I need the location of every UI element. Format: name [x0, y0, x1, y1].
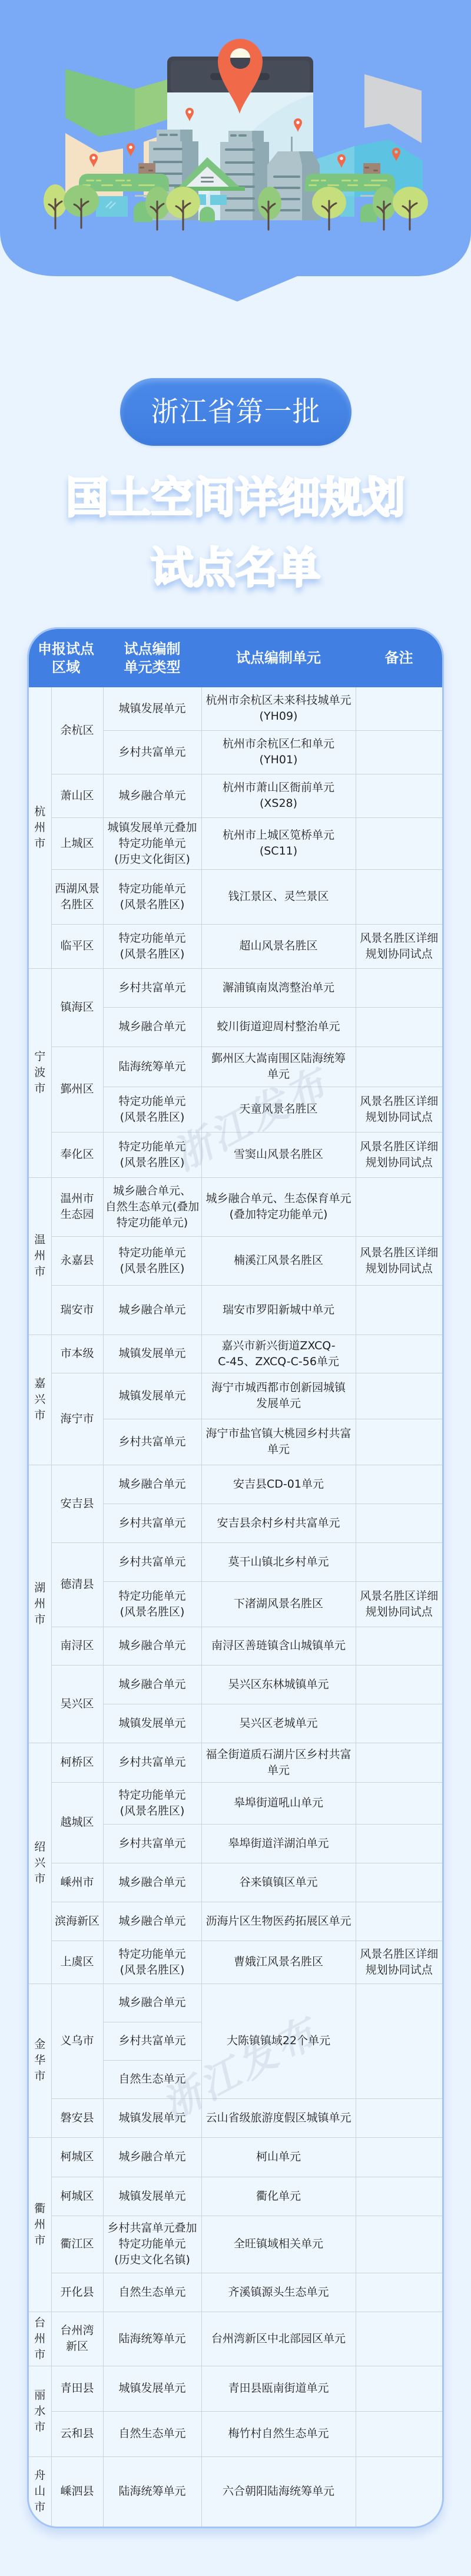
unit-type-cell: 乡村共富单元	[103, 2022, 201, 2060]
city-cell: 湖州市	[29, 1465, 51, 1743]
unit-type-cell: 自然生态单元	[103, 2411, 201, 2456]
table-row: 丽水市 青田县 城镇发展单元 青田县瓯南街道单元	[29, 2366, 442, 2411]
district-cell: 台州湾 新区	[51, 2312, 103, 2366]
unit-type-cell: 乡村共富单元	[103, 1824, 201, 1863]
note-cell	[356, 1465, 442, 1504]
table-row: 云和县 自然生态单元 梅竹村自然生态单元	[29, 2411, 442, 2456]
note-cell	[356, 817, 442, 869]
table-row: 柯城区 城镇发展单元 衢化单元	[29, 2177, 442, 2216]
district-cell: 安吉县	[51, 1465, 103, 1542]
unit-name-cell: 沥海片区生物医药拓展区单元	[201, 1902, 356, 1941]
header-unit: 试点编制单元	[201, 629, 356, 687]
unit-type-cell: 城乡融合单元	[103, 1627, 201, 1665]
unit-type-cell: 乡村共富单元	[103, 730, 201, 774]
table-row: 南浔区 城乡融合单元 南浔区善琏镇含山城镇单元	[29, 1627, 442, 1665]
district-cell: 南浔区	[51, 1627, 103, 1665]
unit-type-cell: 城乡融合单元	[103, 1465, 201, 1504]
table-row: 萧山区 城乡融合单元 杭州市萧山区衙前单元 (XS28)	[29, 774, 442, 817]
city-cell: 衢州市	[29, 2137, 51, 2312]
unit-type-cell: 城镇发展单元	[103, 2366, 201, 2411]
district-cell: 开化县	[51, 2273, 103, 2312]
page-title: 国土空间详细规划	[0, 473, 471, 522]
unit-name-cell: 台州湾新区中北部园区单元	[201, 2312, 356, 2366]
unit-type-cell: 城乡融合单元	[103, 1902, 201, 1941]
unit-name-cell: 谷来镇镇区单元	[201, 1863, 356, 1902]
unit-type-cell: 乡村共富单元	[103, 968, 201, 1007]
unit-name-cell: 超山风景名胜区	[201, 924, 356, 968]
unit-type-cell: 特定功能单元 (风景名胜区)	[103, 924, 201, 968]
unit-name-cell: 蛟川街道迎周村整治单元	[201, 1007, 356, 1047]
note-cell	[356, 1743, 442, 1782]
unit-name-cell: 莫干山镇北乡村单元	[201, 1542, 356, 1581]
note-cell: 风景名胜区详细 规划协同试点	[356, 1132, 442, 1177]
table-row: 嘉兴市 市本级 城镇发展单元 嘉兴市新兴街道ZXCQ- C-45、ZXCQ-C-…	[29, 1335, 442, 1373]
note-cell	[356, 2366, 442, 2411]
unit-type-cell: 乡村共富单元	[103, 1542, 201, 1581]
unit-name-cell: 福全街道质石湖片区乡村共富 单元	[201, 1743, 356, 1782]
banner-illustration	[0, 0, 471, 306]
district-cell: 萧山区	[51, 774, 103, 817]
note-cell	[356, 1419, 442, 1465]
district-cell: 吴兴区	[51, 1665, 103, 1743]
unit-type-cell: 城乡融合单元、 自然生态单元(叠加 特定功能单元)	[103, 1177, 201, 1236]
unit-type-cell: 城乡融合单元	[103, 774, 201, 817]
table-row: 西湖风景 名胜区 特定功能单元 (风景名胜区) 钱江景区、灵竺景区	[29, 869, 442, 924]
note-cell	[356, 687, 442, 730]
district-cell: 上城区	[51, 817, 103, 869]
pilot-list-table: 申报试点 区域 试点编制 单元类型 试点编制单元 备注 杭州市 余杭区 城镇发展…	[29, 629, 442, 2527]
unit-type-cell: 城镇发展单元	[103, 2177, 201, 2216]
note-cell	[356, 869, 442, 924]
note-cell	[356, 1373, 442, 1419]
unit-name-cell: 钱江景区、灵竺景区	[201, 869, 356, 924]
district-cell: 海宁市	[51, 1373, 103, 1465]
note-cell	[356, 2177, 442, 2216]
table-row: 金华市 义乌市 城乡融合单元 大陈镇镇域22个单元	[29, 1984, 442, 2022]
table-row: 开化县 自然生态单元 齐溪镇源头生态单元	[29, 2273, 442, 2312]
city-name: 丽水市	[34, 2388, 46, 2435]
note-cell	[356, 1335, 442, 1373]
unit-type-cell: 乡村共富单元	[103, 1743, 201, 1782]
table-row: 上城区 城镇发展单元叠加 特定功能单元 (历史文化街区) 杭州市上城区笕桥单元 …	[29, 817, 442, 869]
header-region: 申报试点 区域	[29, 629, 103, 687]
table-row: 嵊州市 城乡融合单元 谷来镇镇区单元	[29, 1863, 442, 1902]
unit-type-cell: 城镇发展单元	[103, 1373, 201, 1419]
table-row: 绍兴市 柯桥区 乡村共富单元 福全街道质石湖片区乡村共富 单元	[29, 1743, 442, 1782]
page-subtitle: 试点名单	[0, 543, 471, 592]
unit-type-cell: 乡村共富单元	[103, 1419, 201, 1465]
table-row: 德清县 乡村共富单元 莫干山镇北乡村单元	[29, 1542, 442, 1581]
city-cell: 嘉兴市	[29, 1335, 51, 1465]
header-unit-type: 试点编制 单元类型	[103, 629, 201, 687]
district-cell: 嵊州市	[51, 1863, 103, 1902]
table-row: 温州市 温州市 生态园 城乡融合单元、 自然生态单元(叠加 特定功能单元) 城乡…	[29, 1177, 442, 1236]
city-name: 嘉兴市	[34, 1376, 46, 1423]
unit-name-cell: 全旺镇域相关单元	[201, 2216, 356, 2273]
table-row: 越城区 特定功能单元 (风景名胜区) 皋埠街道吼山单元	[29, 1782, 442, 1824]
unit-type-cell: 城镇发展单元叠加 特定功能单元 (历史文化街区)	[103, 817, 201, 869]
city-name: 杭州市	[34, 804, 46, 852]
city-cell: 宁波市	[29, 968, 51, 1177]
note-cell	[356, 1504, 442, 1542]
note-cell	[356, 2312, 442, 2366]
note-cell	[356, 2098, 442, 2137]
unit-name-cell: 瑞安市罗阳新城中单元	[201, 1285, 356, 1335]
table-row: 宁波市 镇海区 乡村共富单元 澥浦镇南岚湾整治单元	[29, 968, 442, 1007]
unit-type-cell: 陆海统筹单元	[103, 2456, 201, 2527]
note-cell	[356, 2216, 442, 2273]
unit-name-cell: 杭州市余杭区仁和单元 (YH01)	[201, 730, 356, 774]
note-cell	[356, 1047, 442, 1087]
unit-name-cell: 青田县瓯南街道单元	[201, 2366, 356, 2411]
note-cell	[356, 730, 442, 774]
unit-type-cell: 特定功能单元 (风景名胜区)	[103, 1581, 201, 1627]
district-cell: 云和县	[51, 2411, 103, 2456]
note-cell	[356, 1782, 442, 1824]
batch-badge: 浙江省第一批	[120, 378, 351, 446]
unit-name-cell: 海宁市盐官镇大桃园乡村共富 单元	[201, 1419, 356, 1465]
unit-type-cell: 乡村共富单元	[103, 1504, 201, 1542]
header-note: 备注	[356, 629, 442, 687]
district-cell: 上虞区	[51, 1941, 103, 1984]
city-cell: 台州市	[29, 2312, 51, 2366]
unit-name-cell: 杭州市上城区笕桥单元 (SC11)	[201, 817, 356, 869]
unit-name-cell: 安吉县CD-01单元	[201, 1465, 356, 1504]
note-cell	[356, 2456, 442, 2527]
district-cell: 柯城区	[51, 2137, 103, 2177]
unit-type-cell: 城乡融合单元	[103, 1665, 201, 1704]
table-header-row: 申报试点 区域 试点编制 单元类型 试点编制单元 备注	[29, 629, 442, 687]
table-row: 瑞安市 城乡融合单元 瑞安市罗阳新城中单元	[29, 1285, 442, 1335]
note-cell: 风景名胜区详细 规划协同试点	[356, 1941, 442, 1984]
city-name: 舟山市	[34, 2468, 46, 2515]
pilot-list-card: 申报试点 区域 试点编制 单元类型 试点编制单元 备注 杭州市 余杭区 城镇发展…	[27, 627, 444, 2528]
note-cell	[356, 2137, 442, 2177]
unit-name-cell: 吴兴区东林城镇单元	[201, 1665, 356, 1704]
unit-name-cell: 齐溪镇源头生态单元	[201, 2273, 356, 2312]
unit-name-cell: 嘉兴市新兴街道ZXCQ- C-45、ZXCQ-C-56单元	[201, 1335, 356, 1373]
table-row: 台州市 台州湾 新区 陆海统筹单元 台州湾新区中北部园区单元	[29, 2312, 442, 2366]
unit-name-cell: 南浔区善琏镇含山城镇单元	[201, 1627, 356, 1665]
city-cell: 舟山市	[29, 2456, 51, 2527]
title-line-1: 国土空间详细规划	[66, 473, 405, 522]
district-cell: 镇海区	[51, 968, 103, 1047]
city-name: 湖州市	[34, 1580, 46, 1628]
unit-name-cell: 皋埠街道洋湖泊单元	[201, 1824, 356, 1863]
district-cell: 越城区	[51, 1782, 103, 1863]
district-cell: 西湖风景 名胜区	[51, 869, 103, 924]
table-row: 湖州市 安吉县 城乡融合单元 安吉县CD-01单元	[29, 1465, 442, 1504]
unit-type-cell: 城乡融合单元	[103, 2137, 201, 2177]
note-cell	[356, 1824, 442, 1863]
note-cell	[356, 1285, 442, 1335]
unit-type-cell: 城镇发展单元	[103, 1335, 201, 1373]
district-cell: 市本级	[51, 1335, 103, 1373]
note-cell: 风景名胜区详细 规划协同试点	[356, 1236, 442, 1285]
note-cell	[356, 1627, 442, 1665]
city-name: 宁波市	[34, 1049, 46, 1097]
table-row: 吴兴区 城乡融合单元 吴兴区东林城镇单元	[29, 1665, 442, 1704]
table-row: 滨海新区 城乡融合单元 沥海片区生物医药拓展区单元	[29, 1902, 442, 1941]
district-cell: 永嘉县	[51, 1236, 103, 1285]
unit-type-cell: 乡村共富单元叠加 特定功能单元 (历史文化名镇)	[103, 2216, 201, 2273]
unit-name-cell: 衢化单元	[201, 2177, 356, 2216]
table-row: 海宁市 城镇发展单元 海宁市城西都市创新园城镇 发展单元	[29, 1373, 442, 1419]
table-row: 衢江区 乡村共富单元叠加 特定功能单元 (历史文化名镇) 全旺镇域相关单元	[29, 2216, 442, 2273]
city-name: 绍兴市	[34, 1839, 46, 1887]
note-cell	[356, 1665, 442, 1704]
unit-name-cell: 楠溪江风景名胜区	[201, 1236, 356, 1285]
table-row: 临平区 特定功能单元 (风景名胜区) 超山风景名胜区 风景名胜区详细 规划协同试…	[29, 924, 442, 968]
district-cell: 奉化区	[51, 1132, 103, 1177]
note-cell	[356, 1984, 442, 2098]
unit-type-cell: 特定功能单元 (风景名胜区)	[103, 1236, 201, 1285]
unit-name-cell: 澥浦镇南岚湾整治单元	[201, 968, 356, 1007]
district-cell: 青田县	[51, 2366, 103, 2411]
note-cell	[356, 968, 442, 1007]
unit-name-cell: 曹娥江风景名胜区	[201, 1941, 356, 1984]
city-name: 温州市	[34, 1232, 46, 1280]
city-cell: 丽水市	[29, 2366, 51, 2456]
unit-type-cell: 自然生态单元	[103, 2273, 201, 2312]
city-cell: 绍兴市	[29, 1743, 51, 1984]
note-cell	[356, 1007, 442, 1047]
district-cell: 瑞安市	[51, 1285, 103, 1335]
note-cell	[356, 1177, 442, 1236]
district-cell: 磐安县	[51, 2098, 103, 2137]
district-cell: 余杭区	[51, 687, 103, 774]
note-cell	[356, 774, 442, 817]
unit-type-cell: 特定功能单元 (风景名胜区)	[103, 1941, 201, 1984]
note-cell: 风景名胜区详细 规划协同试点	[356, 924, 442, 968]
city-name: 台州市	[34, 2315, 46, 2363]
district-cell: 鄞州区	[51, 1047, 103, 1132]
unit-name-cell: 皋埠街道吼山单元	[201, 1782, 356, 1824]
unit-type-cell: 城乡融合单元	[103, 1285, 201, 1335]
unit-name-cell: 梅竹村自然生态单元	[201, 2411, 356, 2456]
unit-name-cell: 吴兴区老城单元	[201, 1704, 356, 1743]
table-row: 上虞区 特定功能单元 (风景名胜区) 曹娥江风景名胜区 风景名胜区详细 规划协同…	[29, 1941, 442, 1984]
table-row: 永嘉县 特定功能单元 (风景名胜区) 楠溪江风景名胜区 风景名胜区详细 规划协同…	[29, 1236, 442, 1285]
city-name: 金华市	[34, 2037, 46, 2084]
note-cell	[356, 1863, 442, 1902]
district-cell: 衢江区	[51, 2216, 103, 2273]
unit-type-cell: 特定功能单元 (风景名胜区)	[103, 1782, 201, 1824]
table-row: 磐安县 城镇发展单元 云山省级旅游度假区城镇单元	[29, 2098, 442, 2137]
unit-type-cell: 特定功能单元 (风景名胜区)	[103, 869, 201, 924]
unit-name-cell: 杭州市余杭区未来科技城单元 (YH09)	[201, 687, 356, 730]
unit-name-cell: 杭州市萧山区衙前单元 (XS28)	[201, 774, 356, 817]
note-cell: 风景名胜区详细 规划协同试点	[356, 1087, 442, 1132]
note-cell	[356, 1704, 442, 1743]
district-cell: 柯桥区	[51, 1743, 103, 1782]
city-cell: 温州市	[29, 1177, 51, 1335]
unit-name-cell: 下渚湖风景名胜区	[201, 1581, 356, 1627]
note-cell: 风景名胜区详细 规划协同试点	[356, 1581, 442, 1627]
district-cell: 德清县	[51, 1542, 103, 1627]
note-cell	[356, 1902, 442, 1941]
unit-type-cell: 城乡融合单元	[103, 1984, 201, 2022]
table-row: 衢州市 柯城区 城乡融合单元 柯山单元	[29, 2137, 442, 2177]
unit-type-cell: 陆海统筹单元	[103, 2312, 201, 2366]
city-cell: 杭州市	[29, 687, 51, 968]
unit-type-cell: 城乡融合单元	[103, 1007, 201, 1047]
district-cell: 临平区	[51, 924, 103, 968]
district-cell: 柯城区	[51, 2177, 103, 2216]
unit-name-cell: 六合朝阳陆海统筹单元	[201, 2456, 356, 2527]
table-row: 舟山市 嵊泗县 陆海统筹单元 六合朝阳陆海统筹单元	[29, 2456, 442, 2527]
unit-name-cell: 安吉县余村乡村共富单元	[201, 1504, 356, 1542]
district-cell: 嵊泗县	[51, 2456, 103, 2527]
unit-type-cell: 陆海统筹单元	[103, 1047, 201, 1087]
table-row: 杭州市 余杭区 城镇发展单元 杭州市余杭区未来科技城单元 (YH09)	[29, 687, 442, 730]
note-cell	[356, 1542, 442, 1581]
note-cell	[356, 2411, 442, 2456]
unit-name-cell: 海宁市城西都市创新园城镇 发展单元	[201, 1373, 356, 1419]
district-cell: 滨海新区	[51, 1902, 103, 1941]
table-row: 鄞州区 陆海统筹单元 鄞州区大嵩南围区陆海统筹 单元	[29, 1047, 442, 1087]
unit-type-cell: 城乡融合单元	[103, 1863, 201, 1902]
district-cell: 温州市 生态园	[51, 1177, 103, 1236]
title-line-2: 试点名单	[151, 543, 320, 592]
unit-type-cell: 城镇发展单元	[103, 687, 201, 730]
district-cell: 义乌市	[51, 1984, 103, 2098]
city-cell: 金华市	[29, 1984, 51, 2137]
city-name: 衢州市	[34, 2201, 46, 2249]
unit-name-cell: 城乡融合单元、生态保育单元 (叠加特定功能单元)	[201, 1177, 356, 1236]
note-cell	[356, 2273, 442, 2312]
unit-name-cell: 柯山单元	[201, 2137, 356, 2177]
unit-type-cell: 城镇发展单元	[103, 1704, 201, 1743]
